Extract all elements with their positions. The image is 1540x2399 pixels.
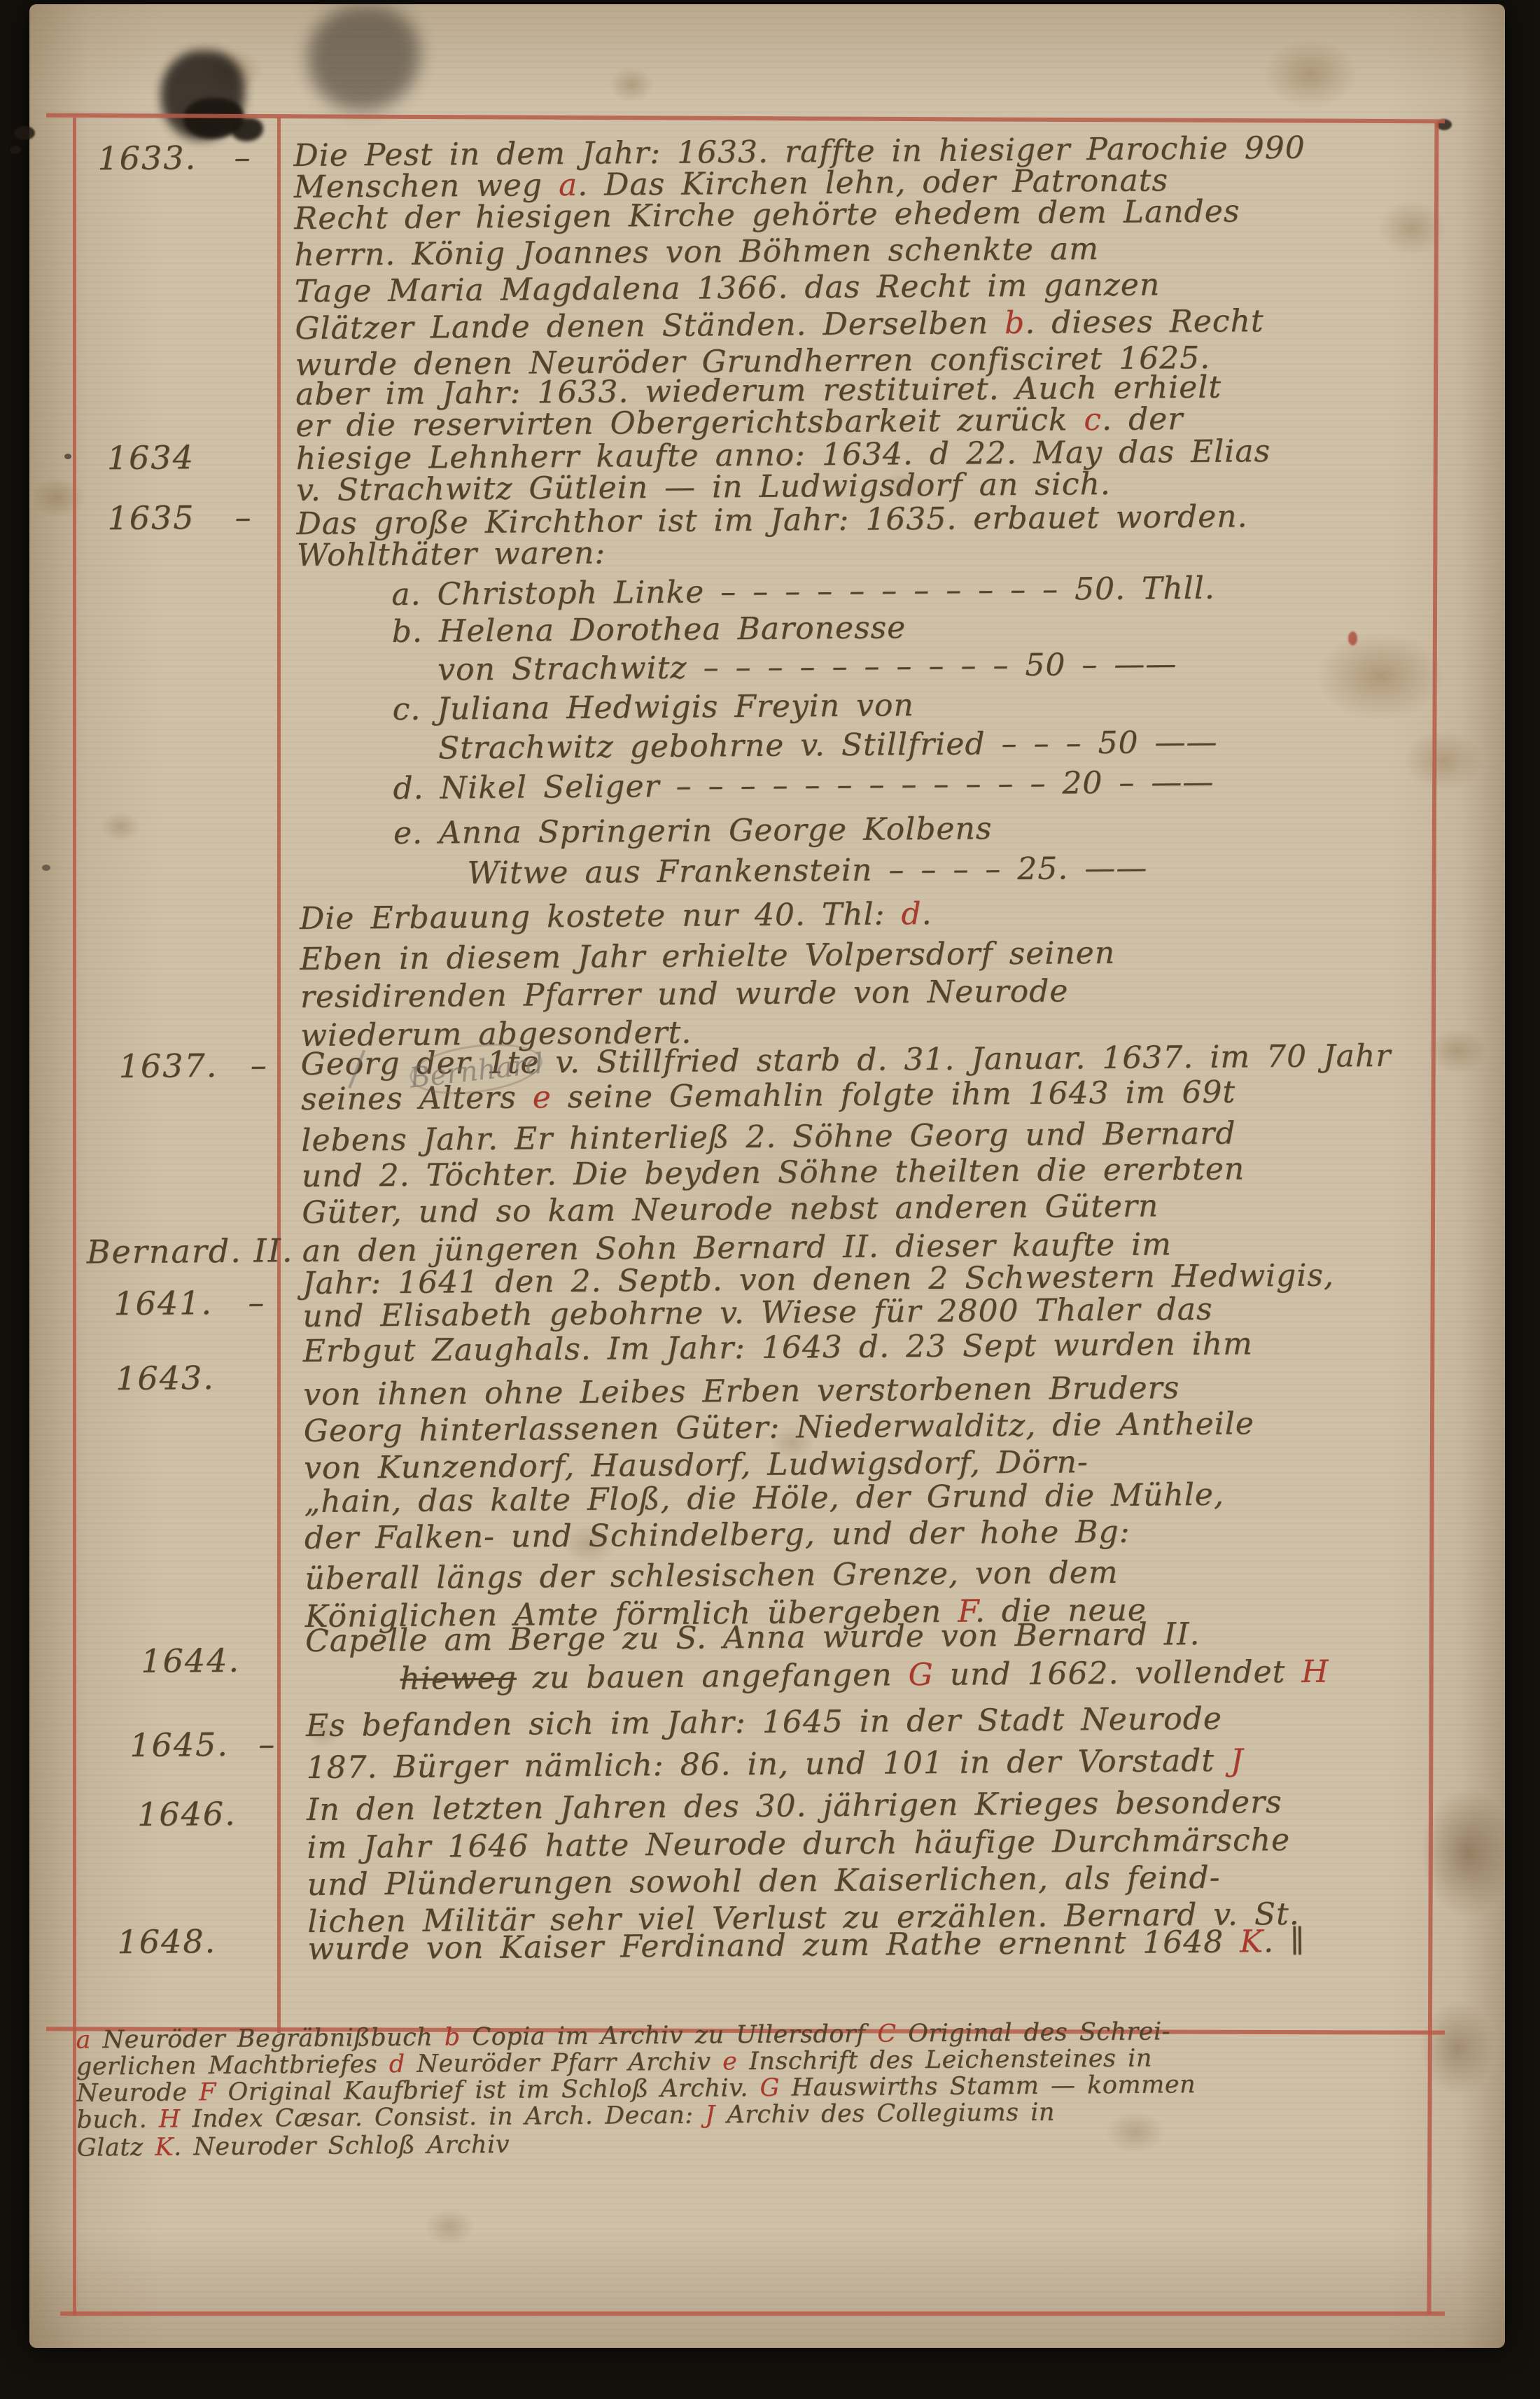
text-segment: Capelle am Berge zu S. Anna wurde von Be… xyxy=(305,1616,1200,1659)
margin-year: 1644. xyxy=(141,1642,240,1680)
red-reference-letter: K xyxy=(1240,1924,1263,1959)
text-line: residirenden Pfarrer und wurde von Neuro… xyxy=(300,973,1069,1015)
text-segment: zu bauen angefangen xyxy=(517,1657,909,1695)
red-reference-letter: b xyxy=(444,2023,461,2051)
text-segment: . ∥ xyxy=(1263,1924,1305,1959)
text-line: d. Nikel Seliger – – – – – – – – – – – –… xyxy=(393,764,1214,806)
text-line: Güter, und so kam Neurode nebst anderen … xyxy=(302,1188,1158,1231)
red-reference-letter: J xyxy=(705,2101,715,2129)
text-line: herrn. König Joannes von Böhmen schenkte… xyxy=(294,231,1099,273)
text-line: Eben in diesem Jahr erhielte Volpersdorf… xyxy=(300,935,1115,977)
text-line: e. Anna Springerin George Kolbens xyxy=(393,811,993,851)
margin-dash: – xyxy=(234,498,251,536)
text-line: im Jahr 1646 hatte Neurode durch häufige… xyxy=(307,1822,1290,1866)
text-segment: „hain, das kalte Floß, die Höle, der Gru… xyxy=(304,1477,1224,1520)
text-segment: a. Christoph Linke – – – – – – – – – – –… xyxy=(391,571,1215,613)
text-line: und 2. Töchter. Die beyden Söhne theilte… xyxy=(302,1151,1245,1194)
text-segment: und 1662. vollendet xyxy=(934,1654,1302,1693)
text-segment: hieweg xyxy=(400,1660,517,1697)
text-segment: c. Juliana Hedwigis Freyin von xyxy=(392,687,914,727)
text-segment: Original des Schrei- xyxy=(896,2017,1170,2048)
text-segment: Neuröder Begräbnißbuch xyxy=(91,2023,444,2054)
text-segment: Das große Kirchthor ist im Jahr: 1635. e… xyxy=(296,498,1247,542)
text-line: Witwe aus Frankenstein – – – – 25. —— xyxy=(467,851,1147,892)
text-line: Capelle am Berge zu S. Anna wurde von Be… xyxy=(305,1616,1200,1659)
text-segment: . dieses Recht xyxy=(1025,303,1264,341)
text-line: Georg hinterlassenen Güter: Niederwaldit… xyxy=(304,1406,1254,1449)
text-line: c. Juliana Hedwigis Freyin von xyxy=(392,687,914,727)
text-segment: d. Nikel Seliger – – – – – – – – – – – –… xyxy=(393,764,1214,806)
text-segment: Index Cæsar. Consist. in Arch. Decan: xyxy=(181,2101,706,2134)
red-reference-letter: b xyxy=(1004,305,1025,341)
book-scan: { "colors": { "paper": "#cfc0a8", "rulin… xyxy=(0,0,1540,2399)
text-line: wurde von Kaiser Ferdinand zum Rathe ern… xyxy=(307,1924,1305,1967)
text-line: Recht der hiesigen Kirche gehörte ehedem… xyxy=(294,193,1240,237)
red-reference-letter: H xyxy=(159,2105,181,2133)
text-line: überall längs der schlesischen Grenze, v… xyxy=(304,1555,1119,1597)
text-segment: Glatz xyxy=(77,2134,155,2162)
margin-year: 1635 xyxy=(107,498,195,537)
text-segment: e. Anna Springerin George Kolbens xyxy=(393,811,993,851)
text-line: Die Erbauung kostete nur 40. Thl: d. xyxy=(300,896,932,937)
margin-year: 1641. xyxy=(113,1284,213,1322)
text-segment: Neurode xyxy=(76,2078,199,2107)
footnote-line: Glatz K. Neuroder Schloß Archiv xyxy=(77,2131,510,2162)
margin-year: Bernard. II. xyxy=(86,1231,293,1271)
margin-year: 1633. xyxy=(97,139,197,177)
text-segment: . Neuroder Schloß Archiv xyxy=(174,2131,510,2162)
text-line: a. Christoph Linke – – – – – – – – – – –… xyxy=(391,571,1215,613)
margin-year: 1634 xyxy=(107,438,195,477)
footnotes-block: a Neuröder Begräbnißbuch b Copia im Arch… xyxy=(0,0,1539,1)
text-segment: Es befanden sich im Jahr: 1645 in der St… xyxy=(306,1701,1222,1744)
text-segment: Recht der hiesigen Kirche gehörte ehedem… xyxy=(294,193,1240,237)
text-segment: Güter, und so kam Neurode nebst anderen … xyxy=(302,1188,1158,1231)
text-segment: Wohlthäter waren: xyxy=(297,536,606,573)
red-reference-letter: d xyxy=(901,896,922,932)
text-segment: gerlichen Machtbriefes xyxy=(76,2050,389,2081)
text-segment: buch. xyxy=(76,2106,159,2134)
margin-dash: – xyxy=(248,1283,264,1321)
text-segment: Archiv des Collegiums in xyxy=(715,2099,1055,2129)
text-segment: von ihnen ohne Leibes Erben verstorbenen… xyxy=(303,1370,1179,1413)
text-line: Erbgut Zaughals. Im Jahr: 1643 d. 23 Sep… xyxy=(303,1326,1253,1369)
text-segment: seine Gemahlin folgte ihm 1643 im 69t xyxy=(552,1075,1236,1116)
text-segment: Eben in diesem Jahr erhielte Volpersdorf… xyxy=(300,935,1115,977)
text-segment: Tage Maria Magdalena 1366. das Recht im … xyxy=(295,267,1161,309)
margin-year: 1643. xyxy=(115,1359,215,1397)
text-segment: 187. Bürger nämlich: 86. in, und 101 in … xyxy=(306,1743,1231,1786)
margin-dash: – xyxy=(258,1725,274,1763)
text-line: Strachwitz gebohrne v. Stillfried – – – … xyxy=(438,725,1218,767)
text-line: In den letzten Jahren des 30. jährigen K… xyxy=(307,1784,1282,1828)
text-segment: b. Helena Dorothea Baronesse xyxy=(392,610,906,650)
red-reference-letter: F xyxy=(199,2078,216,2106)
red-reference-letter: K xyxy=(155,2133,174,2161)
margin-year: 1648. xyxy=(117,1922,216,1961)
text-line: Tage Maria Magdalena 1366. das Recht im … xyxy=(295,267,1161,309)
text-line: hieweg zu bauen angefangen G und 1662. v… xyxy=(400,1654,1329,1697)
margin-year-column: 1633.–16341635–1637.–Bernard. II.1641.–1… xyxy=(0,0,1539,1)
red-reference-letter: c xyxy=(1084,402,1102,438)
text-segment: residirenden Pfarrer und wurde von Neuro… xyxy=(300,973,1069,1015)
text-segment: Georg hinterlassenen Güter: Niederwaldit… xyxy=(304,1406,1254,1449)
margin-dash: – xyxy=(250,1046,266,1084)
text-line: Es befanden sich im Jahr: 1645 in der St… xyxy=(306,1701,1222,1744)
text-line: der Falken- und Schindelberg, und der ho… xyxy=(304,1514,1130,1556)
text-segment: Hauswirths Stamm — kommen xyxy=(780,2071,1196,2102)
text-segment: und Plünderungen sowohl den Kaiserlichen… xyxy=(307,1860,1221,1903)
text-segment: . der xyxy=(1102,401,1184,438)
red-reference-letter: G xyxy=(759,2074,780,2102)
red-reference-letter: G xyxy=(908,1657,934,1693)
text-line: Das große Kirchthor ist im Jahr: 1635. e… xyxy=(296,498,1247,542)
text-line: Glätzer Lande denen Ständen. Derselben b… xyxy=(295,303,1264,347)
text-segment: Neuröder Pfarr Archiv xyxy=(405,2048,723,2078)
text-line: 187. Bürger nämlich: 86. in, und 101 in … xyxy=(306,1742,1243,1786)
text-segment: In den letzten Jahren des 30. jährigen K… xyxy=(307,1784,1282,1828)
text-segment: überall längs der schlesischen Grenze, v… xyxy=(304,1555,1119,1597)
text-segment: von Strachwitz – – – – – – – – – – 50 – … xyxy=(437,646,1177,687)
main-text-block: Die Pest in dem Jahr: 1633. raffte in hi… xyxy=(0,0,1539,1)
text-segment: Glätzer Lande denen Ständen. Derselben xyxy=(295,305,1004,347)
text-line: von ihnen ohne Leibes Erben verstorbenen… xyxy=(303,1370,1179,1413)
red-reference-letter: H xyxy=(1301,1654,1329,1690)
text-line: b. Helena Dorothea Baronesse xyxy=(392,610,906,650)
text-segment: und 2. Töchter. Die beyden Söhne theilte… xyxy=(302,1151,1245,1194)
red-reference-letter: e xyxy=(533,1079,552,1115)
text-line: von Strachwitz – – – – – – – – – – 50 – … xyxy=(437,646,1177,687)
text-segment: . xyxy=(921,896,932,932)
text-segment: Erbgut Zaughals. Im Jahr: 1643 d. 23 Sep… xyxy=(303,1326,1253,1369)
text-segment: der Falken- und Schindelberg, und der ho… xyxy=(304,1514,1130,1556)
margin-year: 1646. xyxy=(137,1795,237,1833)
text-line: „hain, das kalte Floß, die Höle, der Gru… xyxy=(304,1477,1224,1520)
text-segment: wurde von Kaiser Ferdinand zum Rathe ern… xyxy=(307,1924,1240,1967)
red-reference-letter: J xyxy=(1231,1742,1244,1778)
text-segment: im Jahr 1646 hatte Neurode durch häufige… xyxy=(307,1822,1290,1866)
margin-year: 1637. xyxy=(118,1047,218,1085)
red-reference-letter: a xyxy=(559,167,578,203)
text-segment: Strachwitz gebohrne v. Stillfried – – – … xyxy=(438,725,1218,767)
red-reference-letter: a xyxy=(76,2026,91,2054)
text-line: Wohlthäter waren: xyxy=(297,536,606,573)
red-reference-letter: e xyxy=(722,2048,738,2076)
handwriting-layer: 1633.–16341635–1637.–Bernard. II.1641.–1… xyxy=(0,0,1540,2399)
margin-year: 1645. xyxy=(129,1726,229,1764)
text-segment: herrn. König Joannes von Böhmen schenkte… xyxy=(294,231,1099,273)
red-reference-letter: C xyxy=(877,2020,897,2048)
text-line: und Plünderungen sowohl den Kaiserlichen… xyxy=(307,1860,1221,1903)
margin-dash: – xyxy=(234,139,250,176)
red-reference-letter: d xyxy=(389,2050,405,2078)
text-segment: Witwe aus Frankenstein – – – – 25. —— xyxy=(467,851,1147,892)
text-segment: Die Erbauung kostete nur 40. Thl: xyxy=(300,896,902,937)
